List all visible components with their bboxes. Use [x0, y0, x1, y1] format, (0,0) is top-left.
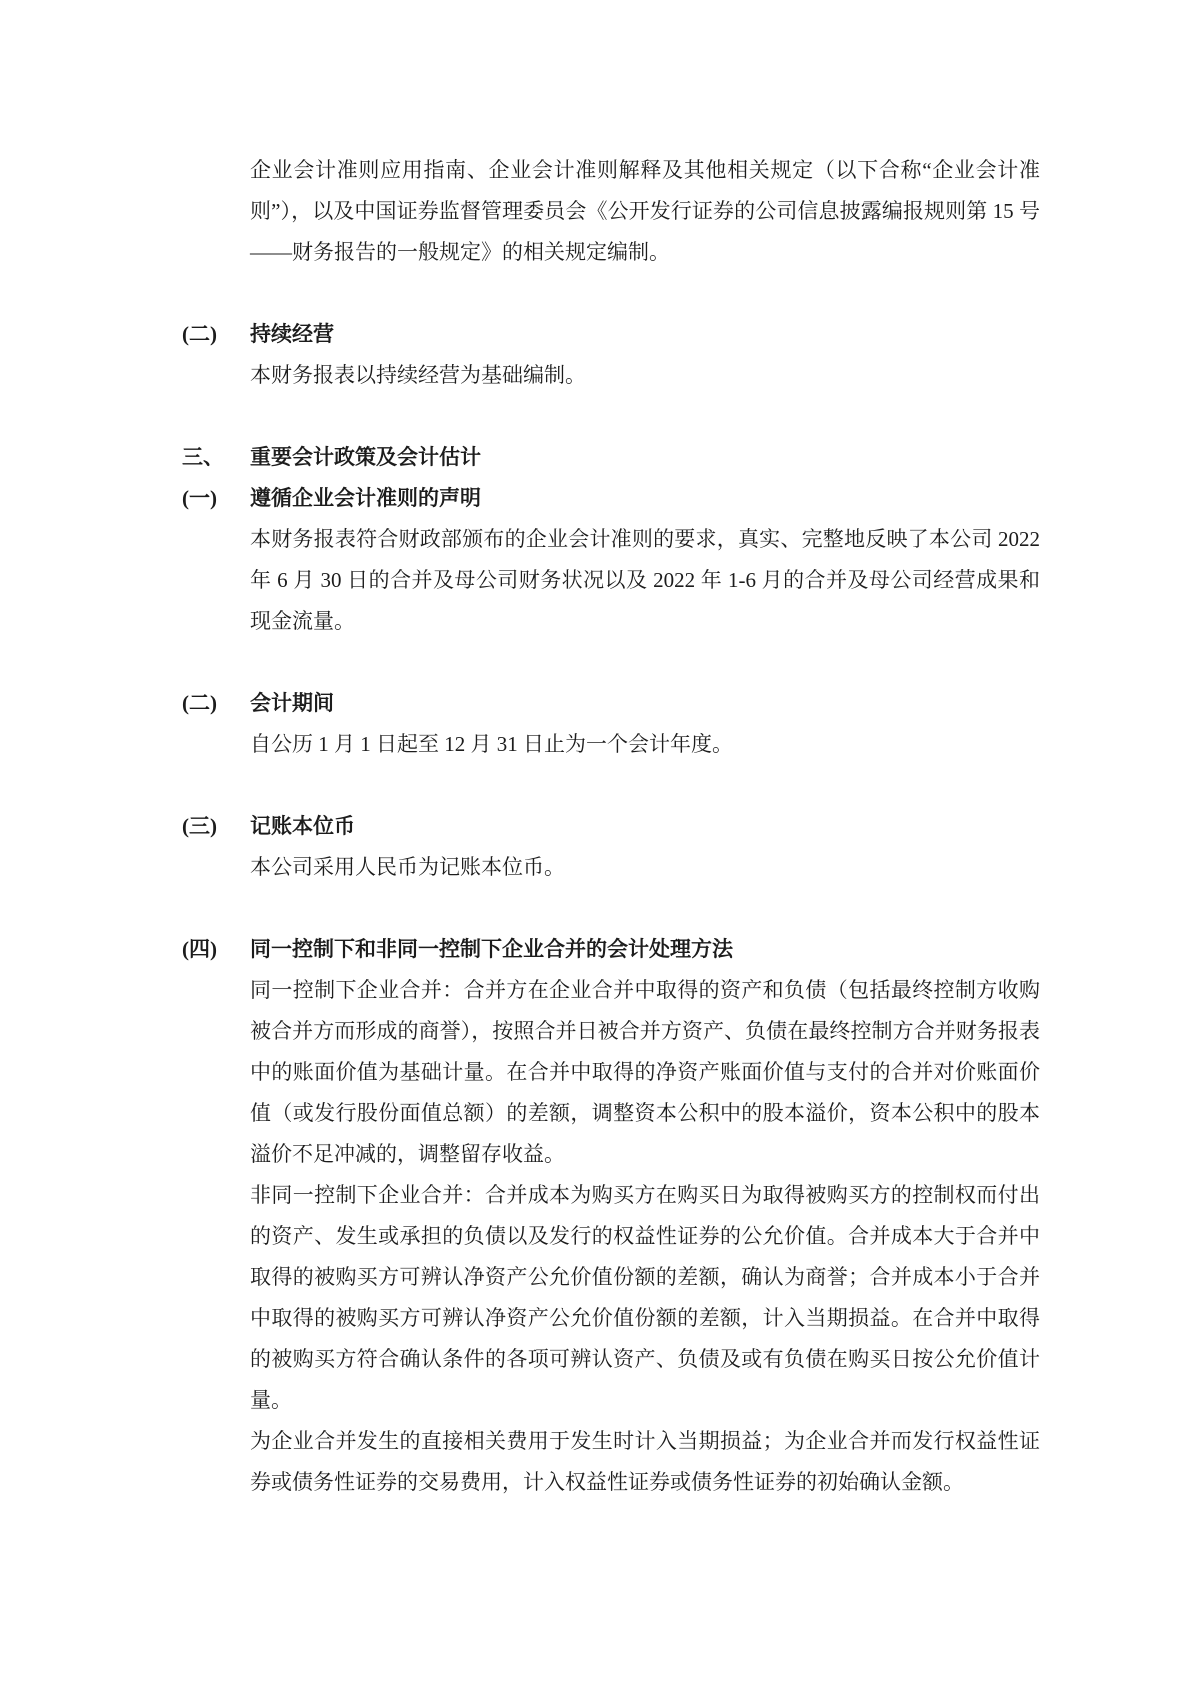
section-title: 同一控制下和非同一控制下企业合并的会计处理方法 [250, 937, 733, 961]
document-page: 企业会计准则应用指南、企业会计准则解释及其他相关规定（以下合称“企业会计准则”）… [0, 0, 1200, 1696]
paragraph-accounting-period: 自公历 1 月 1 日起至 12 月 31 日止为一个会计年度。 [250, 724, 1040, 765]
chapter-heading-accounting-policies: 三、 重要会计政策及会计估计 [250, 437, 1040, 478]
section-title: 遵循企业会计准则的声明 [250, 486, 481, 510]
paragraph-compliance-statement: 本财务报表符合财政部颁布的企业会计准则的要求，真实、完整地反映了本公司 2022… [250, 519, 1040, 642]
section-number: (四) [182, 929, 217, 970]
section-heading-functional-currency: (三) 记账本位币 [250, 806, 1040, 847]
section-heading-going-concern: (二) 持续经营 [250, 314, 1040, 355]
page-content: 企业会计准则应用指南、企业会计准则解释及其他相关规定（以下合称“企业会计准则”）… [250, 150, 1040, 1503]
paragraph-common-control-combination: 同一控制下企业合并：合并方在企业合并中取得的资产和负债（包括最终控制方收购被合并… [250, 970, 1040, 1175]
section-title: 持续经营 [250, 322, 334, 346]
section-number: (三) [182, 806, 217, 847]
chapter-title: 重要会计政策及会计估计 [250, 445, 481, 469]
section-number: (二) [182, 683, 217, 724]
intro-paragraph: 企业会计准则应用指南、企业会计准则解释及其他相关规定（以下合称“企业会计准则”）… [250, 150, 1040, 273]
section-number: (一) [182, 478, 217, 519]
section-heading-accounting-period: (二) 会计期间 [250, 683, 1040, 724]
section-heading-compliance-statement: (一) 遵循企业会计准则的声明 [250, 478, 1040, 519]
section-title: 会计期间 [250, 691, 334, 715]
section-title: 记账本位币 [250, 814, 355, 838]
paragraph-combination-costs: 为企业合并发生的直接相关费用于发生时计入当期损益；为企业合并而发行权益性证券或债… [250, 1421, 1040, 1503]
paragraph-functional-currency: 本公司采用人民币为记账本位币。 [250, 847, 1040, 888]
paragraph-non-common-control-combination: 非同一控制下企业合并：合并成本为购买方在购买日为取得被购买方的控制权而付出的资产… [250, 1175, 1040, 1421]
paragraph-going-concern: 本财务报表以持续经营为基础编制。 [250, 355, 1040, 396]
section-heading-business-combinations: (四) 同一控制下和非同一控制下企业合并的会计处理方法 [250, 929, 1040, 970]
chapter-number: 三、 [182, 437, 224, 478]
section-number: (二) [182, 314, 217, 355]
